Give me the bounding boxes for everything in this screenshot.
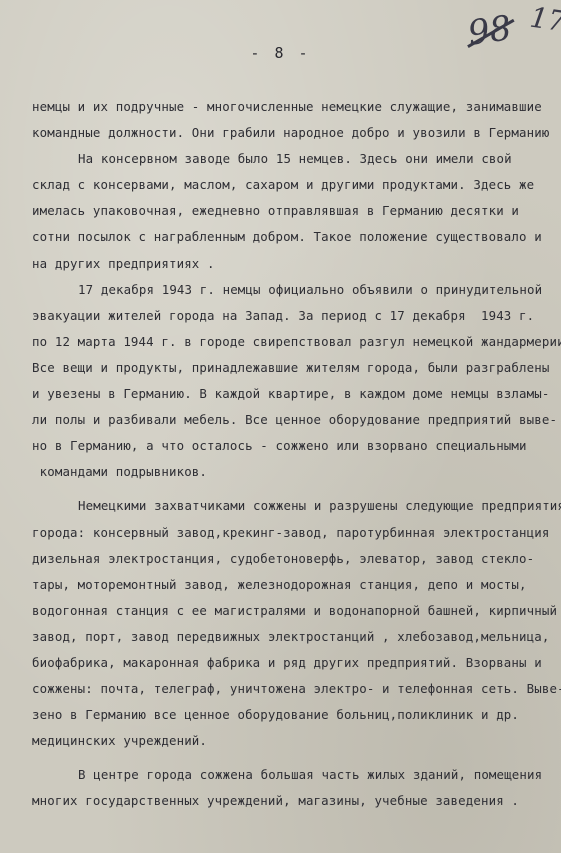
typewritten-body: немцы и их подручные - многочисленные не…	[32, 94, 561, 815]
text-line: сожжены: почта, телеграф, уничтожена эле…	[32, 676, 561, 702]
text-line: медицинских учреждений.	[32, 728, 561, 754]
text-line: по 12 марта 1944 г. в городе свирепствов…	[32, 329, 561, 355]
text-line: сотни посылок с награбленным добром. Так…	[32, 224, 561, 250]
text-line: дизельная электростанция, судобетоноверф…	[32, 546, 561, 572]
text-line: командами подрывников.	[32, 459, 561, 485]
text-line: водогонная станция с ее магистралями и в…	[32, 598, 561, 624]
text-line: города: консервный завод,крекинг-завод, …	[32, 520, 561, 546]
text-line: завод, порт, завод передвижных электрост…	[32, 624, 561, 650]
paragraph: немцы и их подручные - многочисленные не…	[32, 94, 561, 146]
text-line: биофабрика, макаронная фабрика и ряд дру…	[32, 650, 561, 676]
text-line: но в Германию, а что осталось - сожжено …	[32, 433, 561, 459]
text-line: командные должности. Они грабили народно…	[32, 120, 561, 146]
archive-folio-mark: 98 17	[468, 14, 511, 48]
text-line: имелась упаковочная, ежедневно отправляв…	[32, 198, 561, 224]
text-line: 17 декабря 1943 г. немцы официально объя…	[32, 277, 561, 303]
text-line: Все вещи и продукты, принадлежавшие жите…	[32, 355, 561, 381]
text-line: и увезены в Германию. В каждой квартире,…	[32, 381, 561, 407]
paragraph: На консервном заводе было 15 немцев. Зде…	[32, 146, 561, 276]
text-line: склад с консервами, маслом, сахаром и др…	[32, 172, 561, 198]
text-line: многих государственных учреждений, магаз…	[32, 788, 561, 814]
paragraph: Немецкими захватчиками сожжены и разруше…	[32, 493, 561, 754]
text-line: В центре города сожжена большая часть жи…	[32, 762, 561, 788]
paragraph-gap	[32, 754, 561, 762]
text-line: эвакуации жителей города на Запад. За пе…	[32, 303, 561, 329]
current-folio-number: 17	[528, 4, 561, 37]
paragraph: В центре города сожжена большая часть жи…	[32, 762, 561, 814]
text-line: зено в Германию все ценное оборудование …	[32, 702, 561, 728]
paragraph: 17 декабря 1943 г. немцы официально объя…	[32, 277, 561, 486]
text-line: на других предприятиях .	[32, 251, 561, 277]
paragraph-gap	[32, 485, 561, 493]
text-line: ли полы и разбивали мебель. Все ценное о…	[32, 407, 561, 433]
text-line: На консервном заводе было 15 немцев. Зде…	[32, 146, 561, 172]
text-line: немцы и их подручные - многочисленные не…	[32, 94, 561, 120]
crossed-out-folio-number: 98	[466, 11, 514, 51]
document-page: - 8 - 98 17 немцы и их подручные - много…	[0, 0, 561, 853]
text-line: тары, моторемонтный завод, железнодорожн…	[32, 572, 561, 598]
text-line: Немецкими захватчиками сожжены и разруше…	[32, 493, 561, 519]
